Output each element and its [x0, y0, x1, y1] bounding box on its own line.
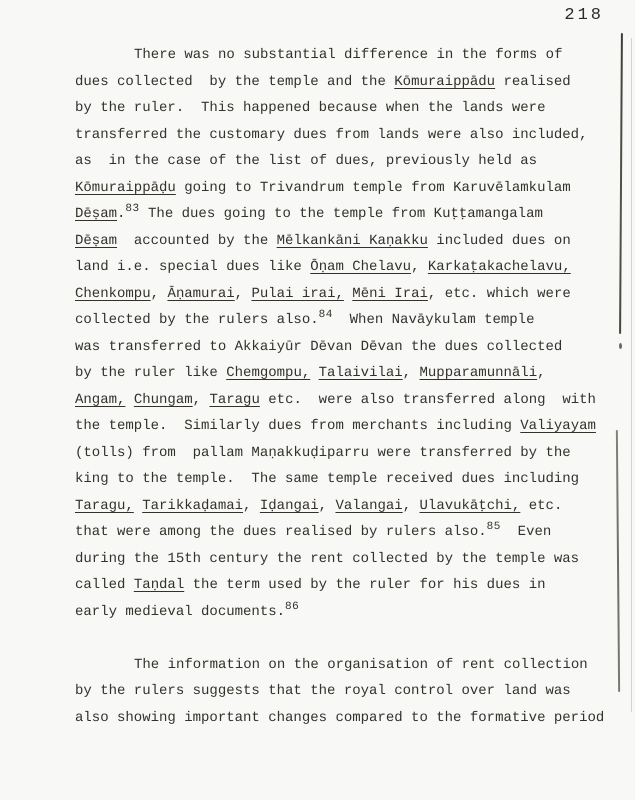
underlined-term: Kōmuraippādu [394, 74, 495, 90]
footnote-ref: 83 [125, 196, 139, 223]
text-line: early medieval documents.86 [75, 599, 615, 626]
underlined-term: Valiyayam [520, 418, 596, 434]
text-segment [134, 498, 142, 514]
underlined-term: Chungam [134, 392, 193, 408]
text-line: Angam, Chungam, Taragu etc. were also tr… [75, 387, 615, 414]
underlined-term: Mēlkankāni Kaṇakku [277, 233, 428, 249]
text-segment: the temple. Similarly dues from merchant… [75, 418, 520, 434]
underlined-term: Ōṇam Chelavu [310, 259, 411, 275]
text-segment: etc. [520, 498, 562, 514]
underlined-term: Pulai irai, [251, 286, 343, 302]
underlined-term: Mēni Irai [352, 286, 428, 302]
text-line: transferred the customary dues from land… [75, 122, 615, 149]
underlined-term: Karkaṭakachelavu, [428, 259, 571, 275]
text-line: that were among the dues realised by rul… [75, 519, 615, 546]
scan-artifact-dot [619, 343, 622, 349]
text-segment: early medieval documents. [75, 604, 285, 620]
text-segment: , etc. which were [428, 286, 571, 302]
text-line: (tolls) from pallam Maṇakkuḍiparru were … [75, 440, 615, 467]
body-text: There was no substantial difference in t… [75, 42, 615, 731]
underlined-term: Dēṣam [75, 206, 117, 222]
text-line: by the ruler. This happened because when… [75, 95, 615, 122]
underlined-term: Mupparamunnāli [419, 365, 537, 381]
text-line: There was no substantial difference in t… [75, 42, 615, 69]
underlined-term: Ulavukāṭchi, [420, 498, 521, 514]
scan-artifact-line [616, 430, 620, 692]
text-segment: , [403, 365, 420, 381]
text-segment: The dues going to the temple from Kuṭṭam… [140, 206, 543, 222]
text-line: the temple. Similarly dues from merchant… [75, 413, 615, 440]
text-segment [125, 392, 133, 408]
text-segment: , [403, 498, 420, 514]
footnote-ref: 86 [285, 594, 299, 621]
text-segment: , [151, 286, 168, 302]
text-segment: The information on the organisation of r… [134, 657, 588, 673]
text-line: Dēṣam.83 The dues going to the temple fr… [75, 201, 615, 228]
footnote-ref: 84 [319, 302, 333, 329]
underlined-term: Angam, [75, 392, 125, 408]
text-segment: realised [495, 74, 571, 90]
underlined-term: Chenkompu [75, 286, 151, 302]
text-segment: , [411, 259, 428, 275]
underlined-term: Taṇdal [134, 577, 184, 593]
paragraph: The information on the organisation of r… [75, 652, 615, 732]
text-segment: , [319, 498, 336, 514]
text-segment: was transferred to Akkaiyūr Dēvan Dēvan … [75, 339, 562, 355]
document-page: 218 There was no substantial difference … [0, 0, 635, 800]
text-segment: land i.e. special dues like [75, 259, 310, 275]
text-segment [310, 365, 318, 381]
text-segment: dues collected by the temple and the [75, 74, 394, 90]
footnote-ref: 85 [487, 514, 501, 541]
text-line: dues collected by the temple and the Kōm… [75, 69, 615, 96]
text-line: called Taṇdal the term used by the ruler… [75, 572, 615, 599]
text-line: king to the temple. The same temple rece… [75, 466, 615, 493]
text-segment: as in the case of the list of dues, prev… [75, 153, 537, 169]
underlined-term: Iḍangai [260, 498, 319, 514]
text-segment: also showing important changes compared … [75, 710, 604, 726]
text-line: Dēṣam accounted by the Mēlkankāni Kaṇakk… [75, 228, 615, 255]
text-line: was transferred to Akkaiyūr Dēvan Dēvan … [75, 334, 615, 361]
underlined-term: Dēṣam [75, 233, 117, 249]
text-line: by the rulers suggests that the royal co… [75, 678, 615, 705]
text-segment: going to Trivandrum temple from Karuvēla… [176, 180, 571, 196]
text-segment: during the 15th century the rent collect… [75, 551, 579, 567]
text-line: by the ruler like Chemgompu, Talaivilai,… [75, 360, 615, 387]
text-line: collected by the rulers also.84 When Nav… [75, 307, 615, 334]
text-segment: , [235, 286, 252, 302]
text-segment: (tolls) from pallam Maṇakkuḍiparru were … [75, 445, 571, 461]
text-line: as in the case of the list of dues, prev… [75, 148, 615, 175]
page-edge-line [631, 38, 632, 712]
underlined-term: Taragu, [75, 498, 134, 514]
underlined-term: Kōmuraippāḍu [75, 180, 176, 196]
text-segment: , [537, 365, 545, 381]
text-segment: by the rulers suggests that the royal co… [75, 683, 571, 699]
underlined-term: Talaivilai [319, 365, 403, 381]
text-segment: by the ruler. This happened because when… [75, 100, 545, 116]
text-line: during the 15th century the rent collect… [75, 546, 615, 573]
text-segment: that were among the dues realised by rul… [75, 524, 487, 540]
text-segment: When Navāykulam temple [333, 312, 535, 328]
text-segment: transferred the customary dues from land… [75, 127, 587, 143]
text-segment: accounted by the [117, 233, 277, 249]
text-segment: king to the temple. The same temple rece… [75, 471, 579, 487]
underlined-term: Taragu [209, 392, 259, 408]
text-segment: There was no substantial difference in t… [134, 47, 562, 63]
text-segment: the term used by the ruler for his dues … [184, 577, 545, 593]
text-segment: included dues on [428, 233, 571, 249]
text-segment: by the ruler like [75, 365, 226, 381]
text-segment: collected by the rulers also. [75, 312, 319, 328]
underlined-term: Āṇamurai [167, 286, 234, 302]
page-number: 218 [564, 6, 604, 25]
text-line: The information on the organisation of r… [75, 652, 615, 679]
text-line: also showing important changes compared … [75, 705, 615, 732]
paragraph: There was no substantial difference in t… [75, 42, 615, 625]
text-segment: , [243, 498, 260, 514]
scan-artifact-line [619, 33, 623, 334]
text-segment: called [75, 577, 134, 593]
text-segment: , [193, 392, 210, 408]
underlined-term: Tarikkaḍamai [142, 498, 243, 514]
text-line: Taragu, Tarikkaḍamai, Iḍangai, Valangai,… [75, 493, 615, 520]
text-segment: Even [501, 524, 551, 540]
text-line: Kōmuraippāḍu going to Trivandrum temple … [75, 175, 615, 202]
underlined-term: Chemgompu, [226, 365, 310, 381]
text-segment: . [117, 206, 125, 222]
text-line: land i.e. special dues like Ōṇam Chelavu… [75, 254, 615, 281]
text-line: Chenkompu, Āṇamurai, Pulai irai, Mēni Ir… [75, 281, 615, 308]
text-segment: etc. were also transferred along with [260, 392, 596, 408]
underlined-term: Valangai [335, 498, 402, 514]
